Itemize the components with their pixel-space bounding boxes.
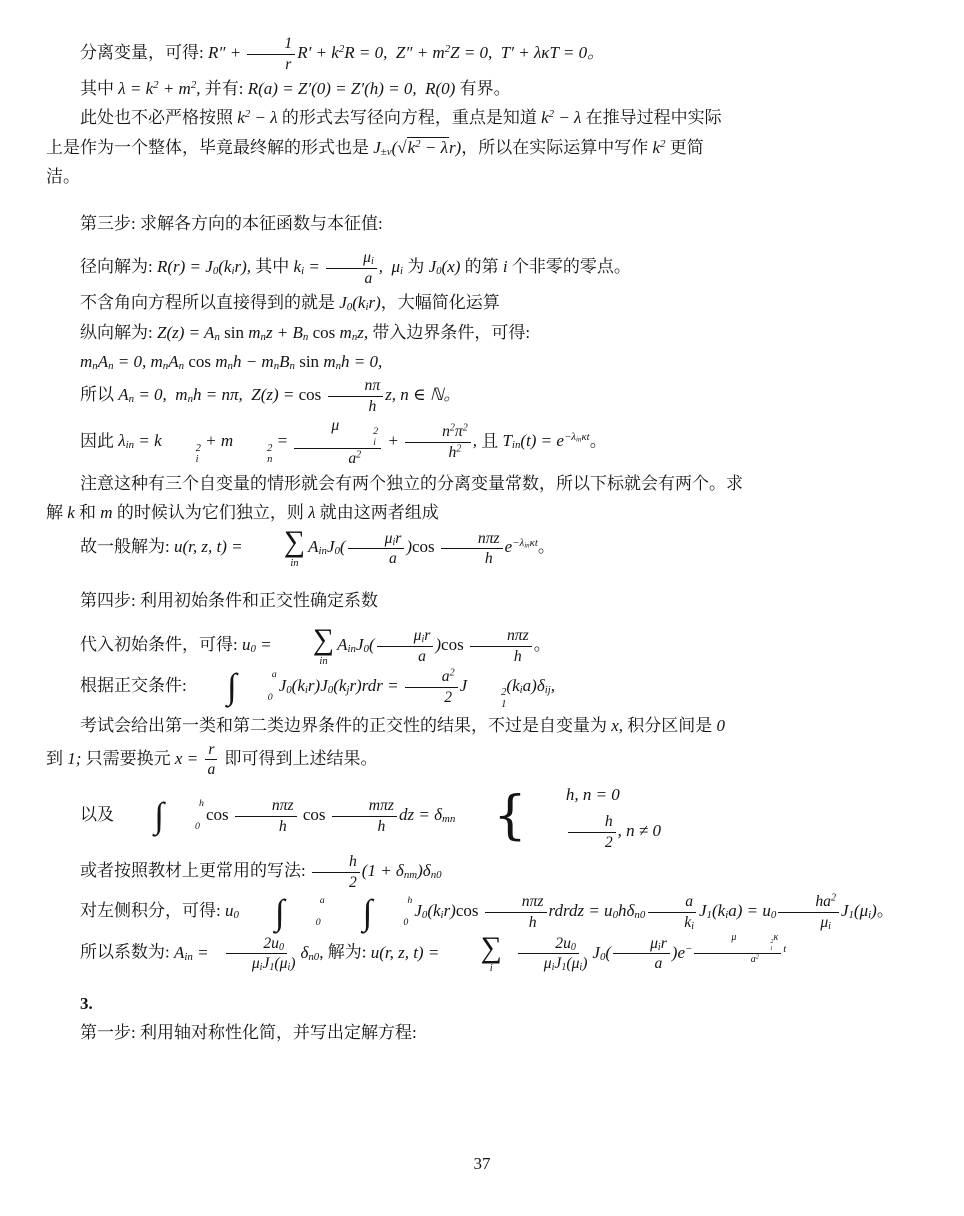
text-fragment: 因此 [80,431,118,450]
text-fragment: 且 [477,431,503,450]
text-fragment: 并有: [201,79,248,98]
paragraph: 对左侧积分，可得: u0∫a0∫h0J0(kir)cos nπzhrdrdz =… [46,892,918,932]
math-fragment: u0∫a0∫h0J0(kir)cos nπzhrdrdz = u0hδn0aki… [225,901,877,920]
math-fragment: An = 0, mnh = nπ, Z(z) = cos nπhz, n ∈ ℕ… [118,385,460,404]
text-fragment: 或者按照教材上更常用的写法: [80,861,310,880]
paragraph: 根据正交条件: ∫a0J0(kir)J0(kjr)rdr = a22J21(ki… [46,667,918,710]
paragraph: 第三步: 求解各方向的本征函数与本征值: [46,209,918,238]
math-fragment: λ = k2 + m2, [118,79,200,98]
text-fragment: 根据正交条件: [80,676,191,695]
paragraph: 解 k 和 m 的时候认为它们独立，则 λ 就由这两者组成 [46,498,918,527]
paragraph: 所以 An = 0, mnh = nπ, Z(z) = cos nπhz, n … [46,376,918,416]
text-fragment: 第四步: 利用初始条件和正交性确定系数 [80,591,378,610]
text-fragment: 以及 [80,805,118,824]
paragraph: 径向解为: R(r) = J0(kir), 其中 ki = μia, μi 为 … [46,248,918,288]
text-fragment: ，所以在实际运算中写作 [461,138,652,157]
text-fragment: 即可得到上述结果。 [220,749,377,768]
text-fragment: 对左侧积分，可得: [80,901,225,920]
text-fragment: 的第 [460,257,503,276]
text-fragment: 不含角向方程所以直接得到的就是 [80,293,339,312]
page-content: 分离变量，可得: R″ + 1rR′ + k2R = 0, Z″ + m2Z =… [46,34,918,1047]
text-fragment: 的时候认为它们独立，则 [113,503,309,522]
text-fragment: 分离变量，可得: [80,43,208,62]
math-fragment: k2 [652,138,665,157]
math-fragment: R(a) = Z′(0) = Z′(h) = 0, R(0) [248,79,456,98]
text-fragment: 为 [403,257,429,276]
math-fragment: u(r, z, t) = ∑inAinJ0(μira)cos nπzhe−λin… [174,537,538,556]
text-fragment: 个非零的零点。 [508,257,631,276]
math-fragment: h2(1 + δnm)δn0 [310,861,442,880]
math-fragment: ∫h0cos nπzh cos mπzhdz = δmn{h, n = 0h2,… [118,805,661,824]
paragraph: 第四步: 利用初始条件和正交性确定系数 [46,586,918,615]
text-fragment: 考试会给出第一类和第二类边界条件的正交性的结果，不过是自变量为 [80,716,611,735]
text-fragment: 更简 [665,138,703,157]
paragraph: 代入初始条件，可得: u0 = ∑inAinJ0(μira)cos nπzh。 [46,625,918,667]
text-fragment: 和 [75,503,101,522]
text-fragment: 洁。 [46,167,80,186]
math-fragment: k [67,503,75,522]
paragraph: 所以系数为: Ain = 2u0μiJ1(μi)δn0, 解为: u(r, z,… [46,932,918,975]
paragraph: 分离变量，可得: R″ + 1rR′ + k2R = 0, Z″ + m2Z =… [46,34,918,74]
text-fragment: 故一般解为: [80,537,174,556]
math-fragment: Tin(t) = e−λinκt [502,431,589,450]
text-fragment: 此处也不必严格按照 [80,108,237,127]
paragraph: 第一步: 利用轴对称性化简，并写出定解方程: [46,1018,918,1047]
text-fragment: 注意这种有三个自变量的情形就会有两个独立的分离变量常数，所以下标就会有两个。求 [80,474,743,493]
paragraph: 纵向解为: Z(z) = An sin mnz + Bn cos mnz, 带入… [46,318,918,347]
text-fragment: 在推导过程中实际 [581,108,721,127]
paragraph: 不含角向方程所以直接得到的就是 J0(kir)，大幅简化运算 [46,288,918,317]
text-fragment: 其中 [80,79,118,98]
paragraph: 到 1; 只需要换元 x = ra 即可得到上述结果。 [46,740,918,780]
math-fragment: Ain = 2u0μiJ1(μi)δn0, [174,943,323,962]
text-fragment: 只需要换元 [81,749,175,768]
paragraph: 以及 ∫h0cos nπzh cos mπzhdz = δmn{h, n = 0… [46,780,918,852]
math-fragment: mnAn = 0, mnAn cos mnh − mnBn sin mnh = … [80,352,382,371]
math-fragment: J±ν(√k2 − λr) [373,138,461,157]
paragraph: 因此 λin = k2i + m2n = μ2ia2 + n2π2h2, 且 T… [46,416,918,469]
paragraph: 洁。 [46,162,918,191]
paragraph: 3. [46,989,918,1018]
text-fragment: 有界。 [455,79,510,98]
text-fragment: ，大幅简化运算 [381,293,500,312]
text-fragment: 。 [534,635,551,654]
text-fragment: 代入初始条件，可得: [80,635,242,654]
paragraph: 其中 λ = k2 + m2, 并有: R(a) = Z′(0) = Z′(h)… [46,74,918,103]
math-fragment: k2 − λ [541,108,581,127]
paragraph: 考试会给出第一类和第二类边界条件的正交性的结果，不过是自变量为 x, 积分区间是… [46,711,918,740]
paragraph: mnAn = 0, mnAn cos mnh − mnBn sin mnh = … [46,347,918,376]
text-fragment: 。 [590,431,607,450]
text-fragment: 所以 [80,385,118,404]
text-fragment: 就由这两者组成 [315,503,438,522]
math-fragment: m [100,503,112,522]
text-fragment: 纵向解为: [80,323,157,342]
text-fragment: 。 [877,901,894,920]
text-fragment: 带入边界条件，可得: [368,323,530,342]
text-fragment: 解为: [323,943,370,962]
paragraph: 故一般解为: u(r, z, t) = ∑inAinJ0(μira)cos nπ… [46,527,918,569]
document-page: 分离变量，可得: R″ + 1rR′ + k2R = 0, Z″ + m2Z =… [0,0,964,1216]
math-fragment: ∫a0J0(kir)J0(kjr)rdr = a22J21(kia)δij, [191,676,555,695]
text-fragment: 第三步: 求解各方向的本征函数与本征值: [80,214,383,233]
text-fragment: 所以系数为: [80,943,174,962]
math-fragment: ki = μia, μi [294,257,404,276]
math-fragment: R″ + 1rR′ + k2R = 0, Z″ + m2Z = 0, T′ + … [208,43,604,62]
text-fragment: 的形式去写径向方程，重点是知道 [278,108,542,127]
text-fragment: 到 [46,749,67,768]
text-fragment: 3. [80,994,93,1013]
paragraph: 注意这种有三个自变量的情形就会有两个独立的分离变量常数，所以下标就会有两个。求 [46,469,918,498]
math-fragment: k2 − λ [237,108,277,127]
math-fragment: x, [611,716,623,735]
text-fragment: 。 [538,537,555,556]
text-fragment: 积分区间是 [623,716,717,735]
paragraph: 上是作为一个整体，毕竟最终解的形式也是 J±ν(√k2 − λr)，所以在实际运… [46,133,918,162]
text-fragment: 其中 [251,257,294,276]
math-fragment: R(r) = J0(kir), [157,257,251,276]
math-fragment: x = ra [175,749,220,768]
paragraph: 此处也不必严格按照 k2 − λ 的形式去写径向方程，重点是知道 k2 − λ … [46,103,918,132]
math-fragment: 0 [717,716,726,735]
text-fragment: 第一步: 利用轴对称性化简，并写出定解方程: [80,1023,417,1042]
math-fragment: λin = k2i + m2n = μ2ia2 + n2π2h2, [118,431,477,450]
math-fragment: J0(x) [429,257,461,276]
math-fragment: u(r, z, t) = ∑i2u0μiJ1(μi)J0(μira)e−μ2iκ… [371,943,787,962]
math-fragment: u0 = ∑inAinJ0(μira)cos nπzh [242,635,534,654]
math-fragment: J0(kir) [339,293,381,312]
math-fragment: 1; [67,749,81,768]
text-fragment: 上是作为一个整体，毕竟最终解的形式也是 [46,138,373,157]
paragraph: 或者按照教材上更常用的写法: h2(1 + δnm)δn0 [46,852,918,892]
text-fragment: 径向解为: [80,257,157,276]
page-number: 37 [0,1154,964,1174]
text-fragment: 解 [46,503,67,522]
math-fragment: Z(z) = An sin mnz + Bn cos mnz, [157,323,368,342]
